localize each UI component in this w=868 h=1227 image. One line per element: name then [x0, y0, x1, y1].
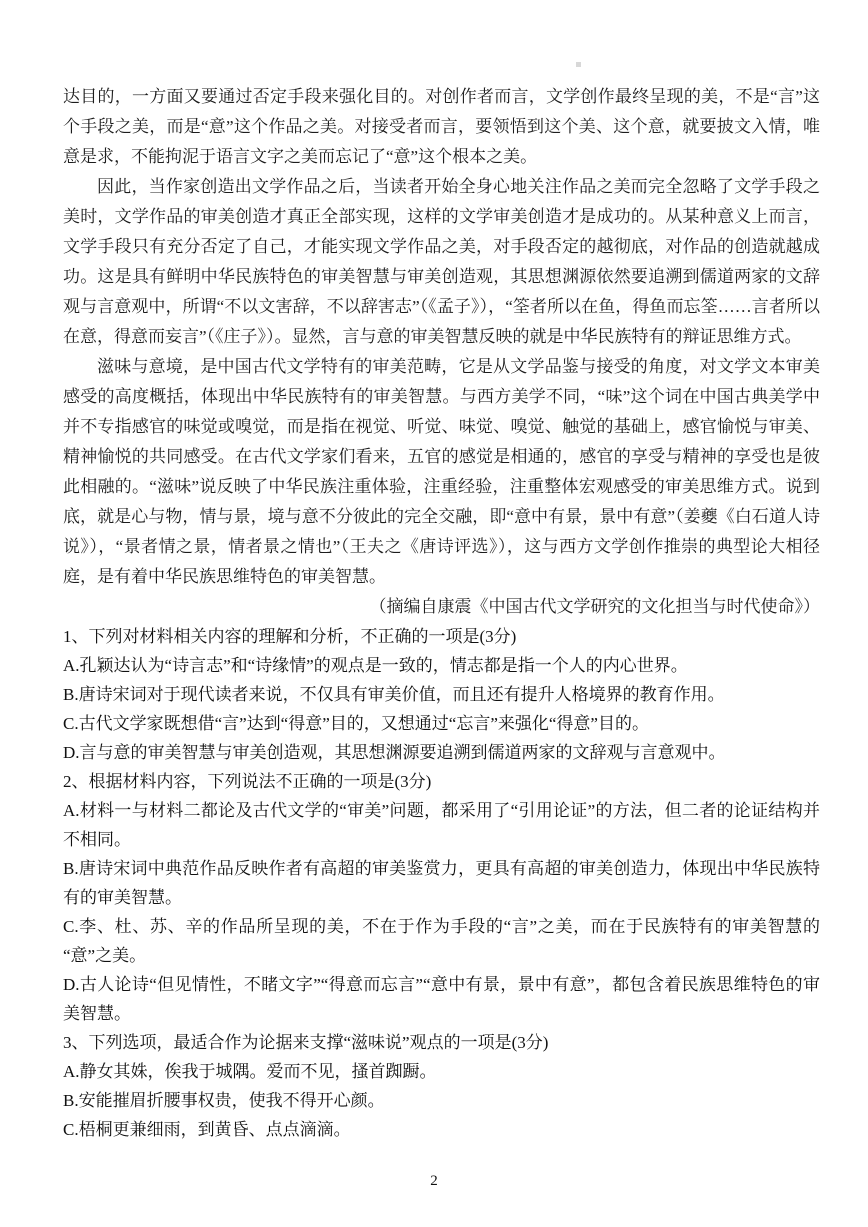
question-2-option-d: D.古人论诗“但见情性，不睹文字”“得意而忘言”“意中有景，景中有意”，都包含着…: [63, 970, 820, 1028]
material-paragraph-2: 因此，当作家创造出文学作品之后，当读者开始全身心地关注作品之美而完全忽略了文学手…: [63, 172, 820, 352]
question-3-stem: 3、下列选项，最适合作为论据来支撑“滋味说”观点的一项是(3分): [63, 1028, 820, 1057]
question-2-stem: 2、根据材料内容，下列说法不正确的一项是(3分): [63, 767, 820, 796]
question-2-option-a: A.材料一与材料二都论及古代文学的“审美”问题，都采用了“引用论证”的方法，但二…: [63, 796, 820, 854]
material-paragraph-3: 滋味与意境，是中国古代文学特有的审美范畴，它是从文学品鉴与接受的角度，对文学文本…: [63, 352, 820, 592]
question-2: 2、根据材料内容，下列说法不正确的一项是(3分) A.材料一与材料二都论及古代文…: [63, 767, 820, 1028]
document-body: 达目的，一方面又要通过否定手段来强化目的。对创作者而言，文学创作最终呈现的美，不…: [63, 82, 820, 1144]
question-1: 1、下列对材料相关内容的理解和分析，不正确的一项是(3分) A.孔颖达认为“诗言…: [63, 622, 820, 767]
question-2-option-b: B.唐诗宋词中典范作品反映作者有高超的审美鉴赏力，更具有高超的审美创造力，体现出…: [63, 854, 820, 912]
question-3-option-b: B.安能摧眉折腰事权贵，使我不得开心颜。: [63, 1086, 820, 1115]
question-1-option-b: B.唐诗宋词对于现代读者来说，不仅具有审美价值，而且还有提升人格境界的教育作用。: [63, 680, 820, 709]
exam-page: 达目的，一方面又要通过否定手段来强化目的。对创作者而言，文学创作最终呈现的美，不…: [0, 0, 868, 1227]
question-1-stem: 1、下列对材料相关内容的理解和分析，不正确的一项是(3分): [63, 622, 820, 651]
question-1-option-a: A.孔颖达认为“诗言志”和“诗缘情”的观点是一致的，情志都是指一个人的内心世界。: [63, 651, 820, 680]
question-1-option-c: C.古代文学家既想借“言”达到“得意”目的，又想通过“忘言”来强化“得意”目的。: [63, 709, 820, 738]
source-attribution: （摘编自康震《中国古代文学研究的文化担当与时代使命》）: [63, 592, 820, 622]
question-3-option-c: C.梧桐更兼细雨，到黄昏、点点滴滴。: [63, 1115, 820, 1144]
material-paragraph-1: 达目的，一方面又要通过否定手段来强化目的。对创作者而言，文学创作最终呈现的美，不…: [63, 82, 820, 172]
question-1-option-d: D.言与意的审美智慧与审美创造观，其思想渊源要追溯到儒道两家的文辞观与言意观中。: [63, 738, 820, 767]
page-footer: 2: [0, 1172, 868, 1190]
page-number: 2: [430, 1173, 438, 1189]
question-3: 3、下列选项，最适合作为论据来支撑“滋味说”观点的一项是(3分) A.静女其姝，…: [63, 1028, 820, 1144]
smudge-artifact: [576, 62, 581, 67]
question-3-option-a: A.静女其姝，俟我于城隅。爱而不见，搔首踟蹰。: [63, 1057, 820, 1086]
question-2-option-c: C.李、杜、苏、辛的作品所呈现的美，不在于作为手段的“言”之美，而在于民族特有的…: [63, 912, 820, 970]
